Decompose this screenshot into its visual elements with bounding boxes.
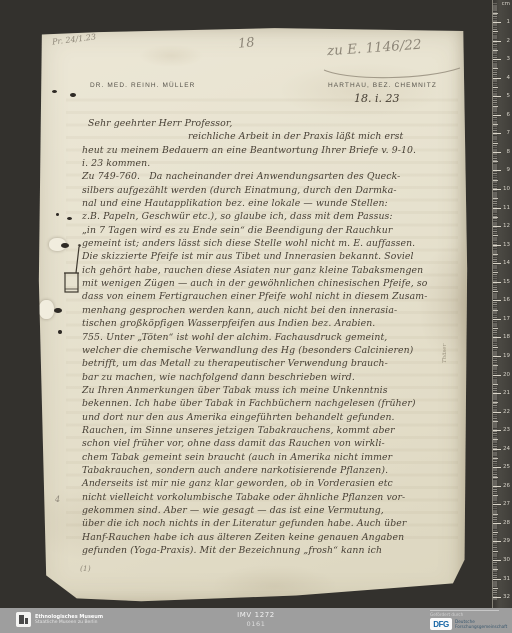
ruler-label: 31	[503, 576, 510, 582]
letter-line: gekommen sind. Aber — wie gesagt — das i…	[82, 504, 466, 517]
ruler-label: 2	[507, 38, 511, 44]
letter-line: betrifft, um das Metall zu therapeutisch…	[82, 357, 466, 370]
ruler-label: cm	[502, 1, 510, 7]
ruler-half-tick	[493, 310, 498, 311]
ruler-label: 16	[503, 297, 510, 303]
letter-line: Zu 749-760. Da nacheinander drei Anwendu…	[82, 170, 466, 183]
ruler-half-tick	[493, 272, 498, 273]
ruler-label: 30	[503, 557, 510, 563]
ruler-label: 28	[503, 520, 510, 526]
letter-line: tischen großköpfigen Wasserpfeifen aus I…	[82, 317, 466, 330]
letter-line: chem Tabak gemeint sein braucht (auch in…	[82, 451, 466, 464]
letter-line: Rauchen, im Sinne unseres jetzigen Tabak…	[82, 424, 466, 437]
ruler-mm-ticks	[493, 3, 497, 601]
letter-line: über die ich noch nichts in der Literatu…	[82, 517, 466, 530]
letter-line: ich gehört habe, rauchen diese Asiaten n…	[82, 264, 466, 277]
letter-line: bekennen. Ich habe über Tabak in Fachbüc…	[82, 397, 466, 410]
ruler-tick	[493, 245, 501, 246]
file-reference-note: zu E. 1146/22	[327, 37, 423, 60]
letterhead-sender: DR. MED. REINH. MÜLLER	[90, 82, 195, 89]
ruler-label: 4	[507, 75, 511, 81]
ruler-half-tick	[493, 217, 498, 218]
flourish-underline	[320, 65, 466, 81]
ruler-tick	[493, 504, 501, 505]
letter-line: mit wenigen Zügen — auch in der gewöhnli…	[82, 277, 466, 290]
letter-line: z.B. Papeln, Geschwür etc.), so glaube i…	[82, 210, 466, 223]
ruler-half-tick	[493, 124, 498, 125]
ruler-half-tick	[493, 87, 498, 88]
ruler-half-tick	[493, 198, 498, 199]
dfg-acronym: DFG	[433, 620, 448, 629]
ruler-tick	[493, 152, 501, 153]
ruler-tick	[493, 597, 501, 598]
paper-tear	[39, 300, 54, 319]
funding-label: Gefördert durch	[430, 610, 499, 617]
ruler-tick	[493, 412, 501, 413]
letter-line: bar zu machen, wie nachfolgend dann besc…	[82, 371, 466, 384]
letter-line: und dort nur den aus Amerika eingeführte…	[82, 411, 466, 424]
ruler-tick	[493, 189, 501, 190]
letter-line: dass von einem Fertigrauchen einer Pfeif…	[82, 290, 466, 303]
letter-line: gemeint ist; anders lässt sich diese Ste…	[82, 237, 466, 250]
ruler-tick	[493, 22, 501, 23]
ruler-half-tick	[493, 365, 498, 366]
ruler-label: 12	[503, 223, 510, 229]
letter-line: nal und eine Hautapplikation bez. eine l…	[82, 197, 466, 210]
letter-line: Die skizzierte Pfeife ist mir aus Tibet …	[82, 250, 466, 263]
ruler-tick	[493, 319, 501, 320]
pencil-side-note: Thäser	[442, 344, 448, 363]
letter-body: Sehr geehrter Herr Professor,reichliche …	[82, 117, 466, 557]
ruler-tick	[493, 393, 501, 394]
ruler-tick	[493, 300, 501, 301]
paper-damage-spot	[52, 90, 57, 93]
ruler-tick	[493, 96, 501, 97]
ruler-half-tick	[493, 143, 498, 144]
paper-damage-spot	[61, 243, 69, 248]
ruler-label: 19	[503, 353, 510, 359]
letter-line: schon viel früher vor, ohne dass damit d…	[82, 437, 466, 450]
ruler-label: 15	[503, 279, 510, 285]
ruler-tick	[493, 523, 501, 524]
letter-line: Sehr geehrter Herr Professor,	[82, 117, 466, 130]
letterhead-place: HARTHAU, BEZ. CHEMNITZ	[328, 82, 437, 89]
ruler-label: 10	[503, 186, 510, 192]
ruler-tick	[493, 541, 501, 542]
ruler-tick	[493, 41, 501, 42]
ruler-half-tick	[493, 235, 498, 236]
ruler-half-tick	[493, 421, 498, 422]
ruler-label: 5	[507, 93, 511, 99]
ruler-tick	[493, 486, 501, 487]
ruler-label: 32	[503, 594, 510, 600]
ruler-half-tick	[493, 254, 498, 255]
ruler-label: 29	[503, 538, 510, 544]
dfg-logo-block: Gefördert durch DFG Deutsche Forschungsg…	[430, 610, 499, 630]
letter-line: Tabakrauchen, sondern auch andere narkot…	[82, 464, 466, 477]
ruler-tick	[493, 226, 501, 227]
ruler-half-tick	[493, 291, 498, 292]
ruler-label: 26	[503, 483, 510, 489]
ruler-tick	[493, 467, 501, 468]
ruler-label: 9	[507, 167, 511, 173]
ruler-tick	[493, 579, 501, 580]
ruler-half-tick	[493, 402, 498, 403]
ruler-tick	[493, 356, 501, 357]
ruler-label: 3	[507, 56, 511, 62]
ruler-half-tick	[493, 384, 498, 385]
pencil-margin-mark: 4	[55, 495, 60, 504]
letter-line: Hanf-Rauchen habe ich aus älteren Zeiten…	[82, 531, 466, 544]
page-number: 18	[237, 35, 255, 51]
ruler-label: 14	[503, 260, 510, 266]
ruler-tick	[493, 560, 501, 561]
letter-line: Anderseits ist mir nie ganz klar geworde…	[82, 477, 466, 490]
letter-sheet: Pr. 24/1.23 18 zu E. 1146/22 DR. MED. RE…	[38, 27, 468, 603]
ruler-label: 6	[507, 112, 511, 118]
dfg-logo-icon: DFG	[430, 618, 452, 630]
ruler-tick	[493, 282, 501, 283]
ruler-half-tick	[493, 31, 498, 32]
letter-line: Zu Ihren Anmerkungen über Tabak muss ich…	[82, 384, 466, 397]
dfg-name: Deutsche Forschungsgemeinschaft	[455, 619, 499, 629]
ruler-half-tick	[493, 532, 498, 533]
ruler-half-tick	[493, 569, 498, 570]
ruler-label: 20	[503, 372, 510, 378]
ruler-label: 11	[503, 205, 510, 211]
ruler-tick	[493, 263, 501, 264]
letter-line: silbers aufgezählt werden (durch Einatmu…	[82, 184, 466, 197]
ruler-label: 25	[503, 464, 510, 470]
letter-date: 18. i. 23	[354, 92, 400, 105]
ruler-tick	[493, 59, 501, 60]
letter-line: menhang gesprochen werden kann, auch nic…	[82, 304, 466, 317]
ruler-half-tick	[493, 588, 498, 589]
ruler-tick	[493, 449, 501, 450]
ruler-label: 21	[503, 390, 510, 396]
ruler-tick	[493, 208, 501, 209]
ruler-half-tick	[493, 161, 498, 162]
ruler-tick	[493, 133, 501, 134]
paper-damage-spot	[70, 93, 76, 97]
ruler-label: 27	[503, 501, 510, 507]
letter-line: heut zu meinem Bedauern an eine Beantwor…	[82, 144, 466, 157]
ruler-label: 22	[503, 409, 510, 415]
ruler-half-tick	[493, 68, 498, 69]
ruler-label: 1	[507, 19, 511, 25]
pencil-note-bottom: (1)	[80, 564, 91, 573]
letter-line: reichliche Arbeit in der Praxis läßt mic…	[82, 130, 466, 143]
ruler-label: 7	[507, 130, 511, 136]
paper-damage-spot	[58, 330, 62, 334]
ruler-tick	[493, 170, 501, 171]
ruler-half-tick	[493, 50, 498, 51]
ruler-half-tick	[493, 477, 498, 478]
ruler-half-tick	[493, 458, 498, 459]
paper-damage-spot	[54, 308, 62, 313]
ruler-tick	[493, 115, 501, 116]
footer-bar: Ethnologisches Museum Staatliche Museen …	[0, 608, 512, 633]
ruler-scale: cm12345678910111213141516171819202122232…	[492, 0, 512, 608]
ruler-label: 23	[503, 427, 510, 433]
ruler-tick	[493, 375, 501, 376]
ruler-half-tick	[493, 106, 498, 107]
ruler-half-tick	[493, 551, 498, 552]
ruler-label: 18	[503, 334, 510, 340]
ruler-tick	[493, 430, 501, 431]
ruler-half-tick	[493, 328, 498, 329]
ruler-half-tick	[493, 347, 498, 348]
ruler-half-tick	[493, 514, 498, 515]
letter-line: welcher die chemische Verwandlung des Hg…	[82, 344, 466, 357]
paper-damage-spot	[56, 213, 59, 216]
ruler-label: 13	[503, 242, 510, 248]
scan-viewport: Pr. 24/1.23 18 zu E. 1146/22 DR. MED. RE…	[0, 0, 512, 633]
pipe-sketch	[60, 242, 86, 296]
pencil-note-top-left: Pr. 24/1.23	[52, 32, 97, 46]
ruler-tick	[493, 78, 501, 79]
ruler-label: 17	[503, 316, 510, 322]
letter-line: i. 23 kommen.	[82, 157, 466, 170]
ruler-label: 8	[507, 149, 511, 155]
letter-line: „in 7 Tagen wird es zu Ende sein“ die Be…	[82, 224, 466, 237]
letter-line: gefunden (Yoga-Praxis). Mit der Bezeichn…	[82, 544, 466, 557]
paper-damage-spot	[67, 217, 72, 220]
ruler-half-tick	[493, 495, 498, 496]
ruler-half-tick	[493, 13, 498, 14]
ruler-half-tick	[493, 180, 498, 181]
ruler-tick	[493, 337, 501, 338]
ruler-half-tick	[493, 439, 498, 440]
letter-line: 755. Unter „Töten“ ist wohl der alchim. …	[82, 331, 466, 344]
ruler-label: 24	[503, 446, 510, 452]
letter-line: nicht vielleicht vorkolumbische Tabake o…	[82, 491, 466, 504]
